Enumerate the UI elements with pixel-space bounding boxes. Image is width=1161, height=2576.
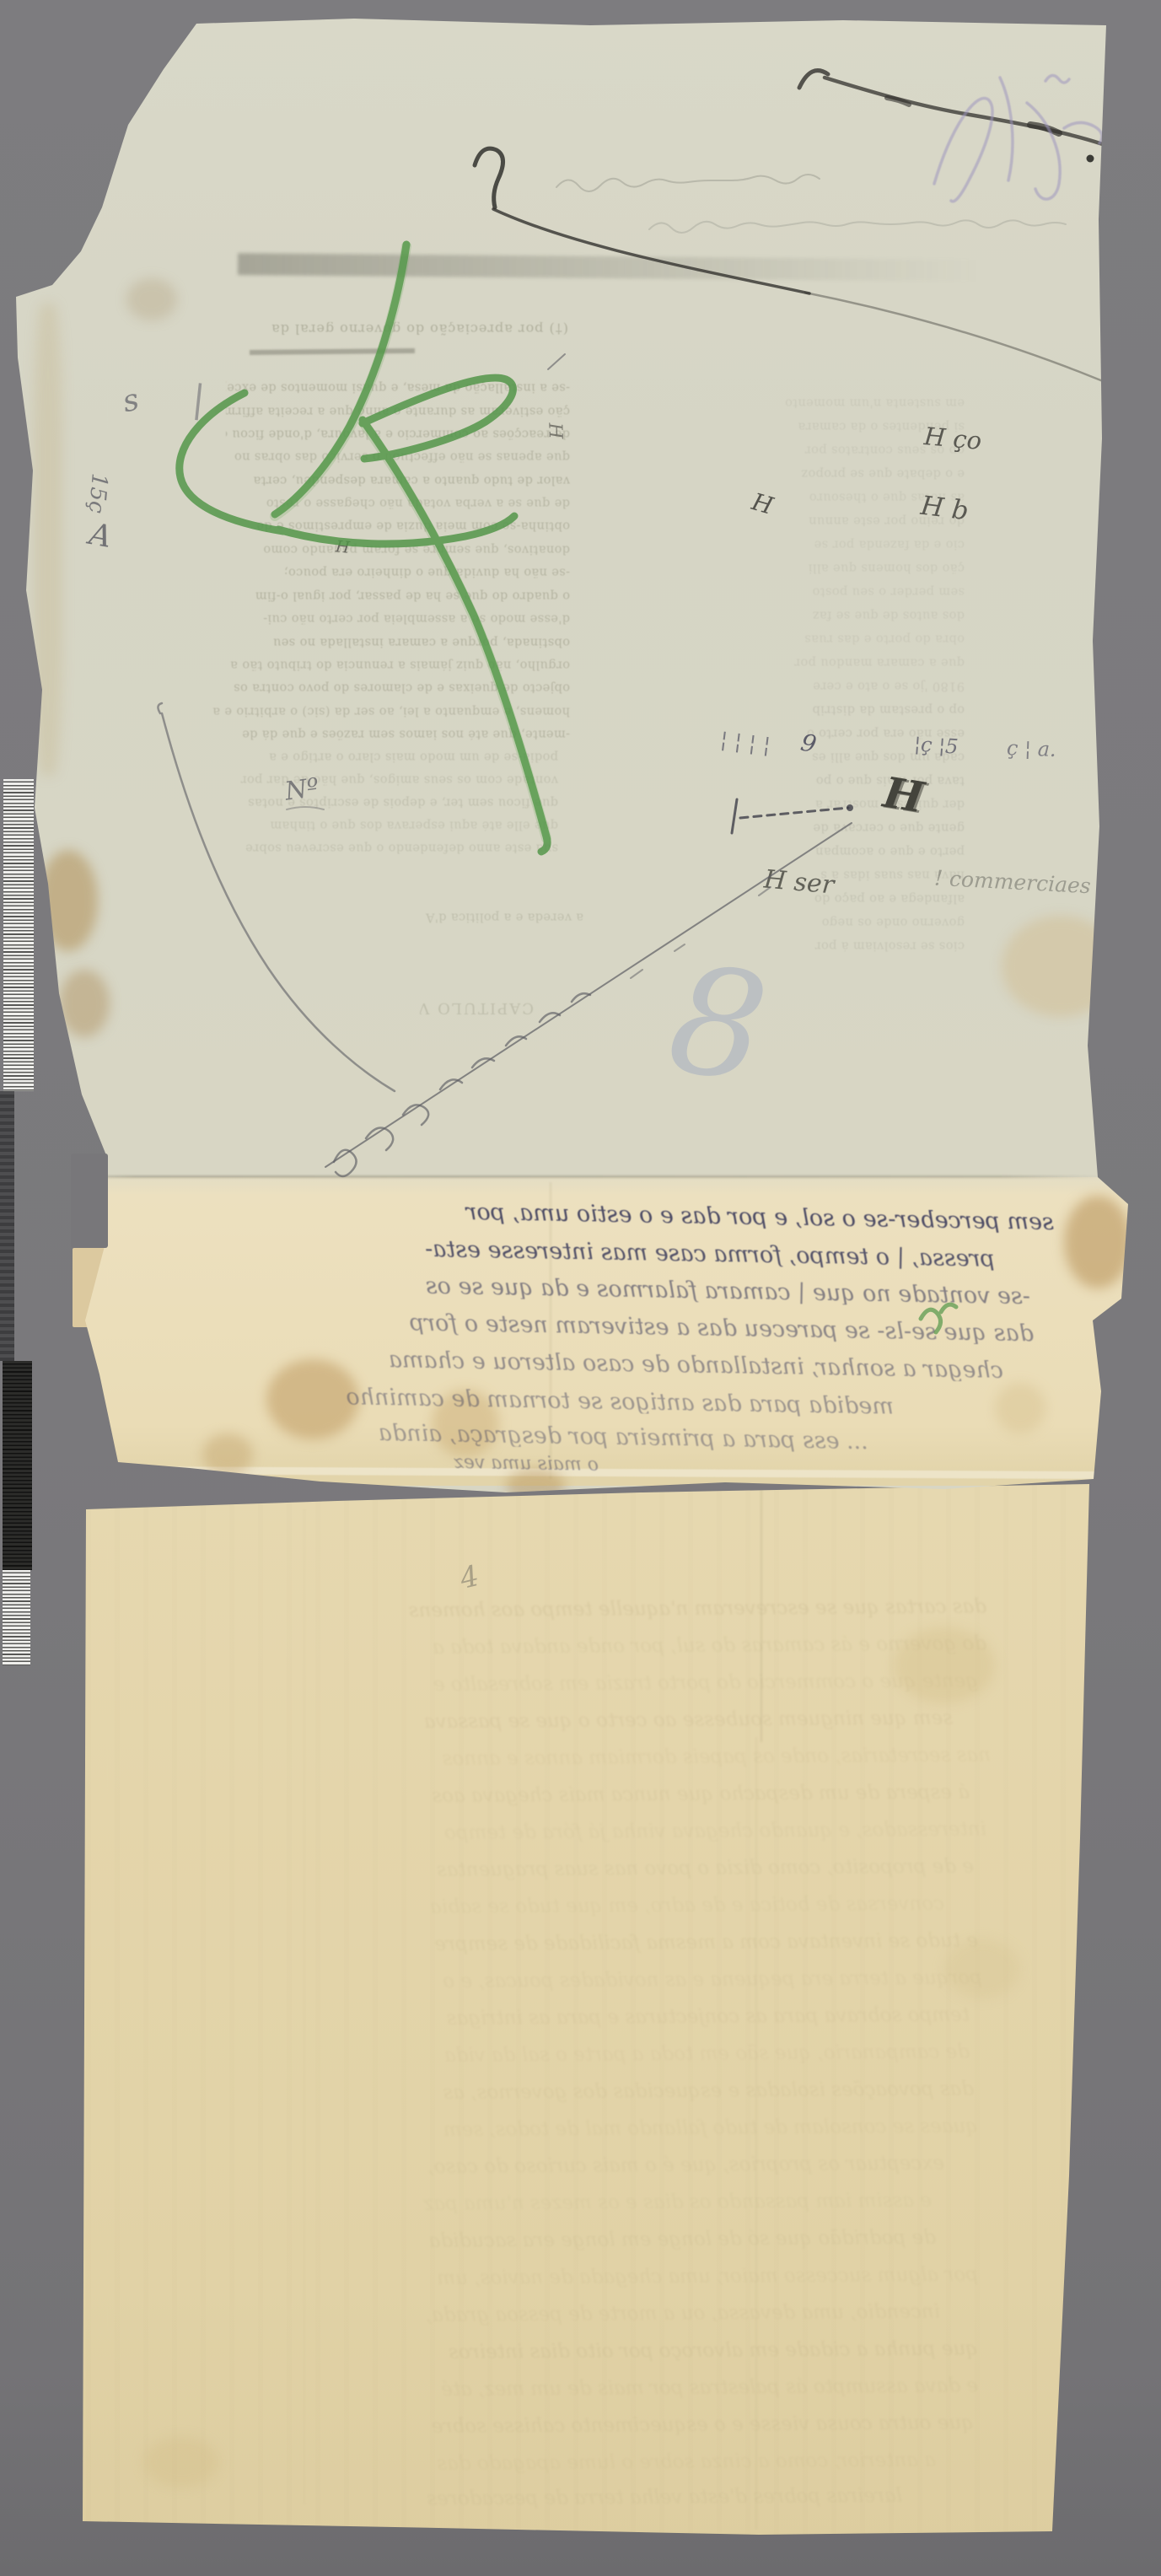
foxing-stain xyxy=(143,2437,219,2487)
dashed-arrow-line xyxy=(740,808,848,818)
ink-underline-tail xyxy=(805,293,1103,381)
ink-underline-stroke xyxy=(493,209,809,293)
green-crayon-texture xyxy=(363,422,546,838)
ink-blob-2 xyxy=(887,98,909,105)
archival-scan: das cartas que se escreveram n'aquelle t… xyxy=(0,0,1161,2576)
foxing-stain xyxy=(944,1939,1020,1998)
foxing-stain xyxy=(894,1627,995,1703)
green-crayon-tail-stroke xyxy=(363,420,547,852)
ink-blob-1 xyxy=(1030,125,1059,133)
pencil-ticks xyxy=(631,887,771,978)
pencil-short-tick xyxy=(548,354,565,369)
ink-wave-stroke xyxy=(825,78,1115,148)
calibration-strip-white-1 xyxy=(3,779,34,1091)
violet-scribble xyxy=(1027,103,1060,199)
green-crayon-texture xyxy=(275,246,406,516)
faded-pencil-word-row-2 xyxy=(649,220,1066,233)
pencil-scribble-along-diagonal xyxy=(334,993,590,1176)
violet-scribble xyxy=(1045,75,1069,83)
green-small-mark xyxy=(941,1304,956,1312)
green-small-mark xyxy=(921,1310,941,1332)
green-crayon-bottom-arc xyxy=(278,516,514,544)
green-crayon-left-arc xyxy=(180,393,283,531)
calibration-strip-gray xyxy=(0,1091,14,1361)
dashed-arrow-end-dot xyxy=(847,804,853,811)
pencil-long-arc xyxy=(158,703,395,1091)
ink-dot xyxy=(1087,155,1094,163)
dashed-arrow-startbar xyxy=(732,799,737,833)
pencil-underline-no xyxy=(287,807,324,809)
green-crayon-main-stroke xyxy=(275,245,406,514)
faded-pencil-word-row-1 xyxy=(556,175,820,191)
violet-scribble xyxy=(1000,78,1013,180)
paper-notch xyxy=(71,1154,108,1248)
calibration-strip-black xyxy=(3,1361,32,1570)
calibration-strip-white-2 xyxy=(3,1570,30,1665)
ink-hook-stroke xyxy=(475,148,503,207)
